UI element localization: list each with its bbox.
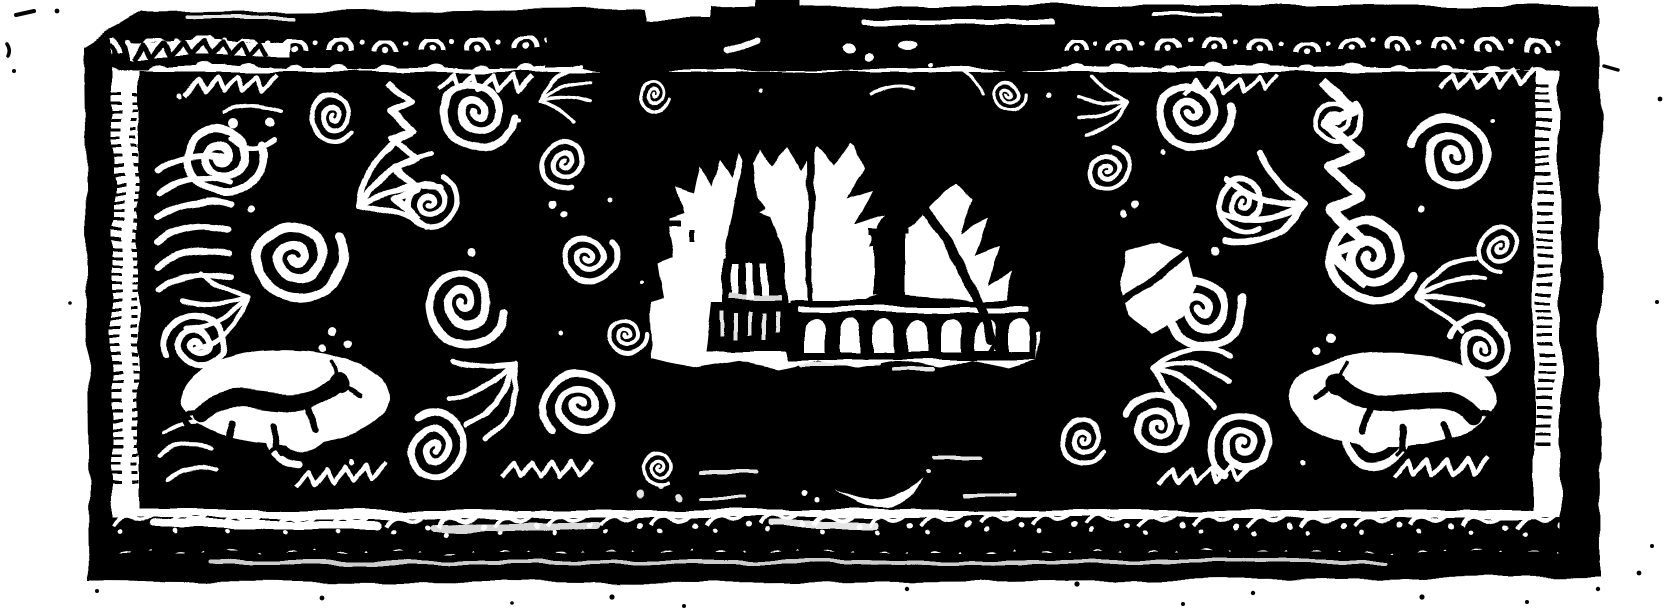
scanned-page — [0, 0, 1665, 615]
right-hatch-band — [1534, 80, 1562, 450]
foliate-panel — [138, 62, 1534, 511]
woodcut-headpiece-image — [0, 0, 1665, 615]
left-hatch-band — [110, 88, 138, 488]
square-keep-tower — [869, 230, 909, 296]
